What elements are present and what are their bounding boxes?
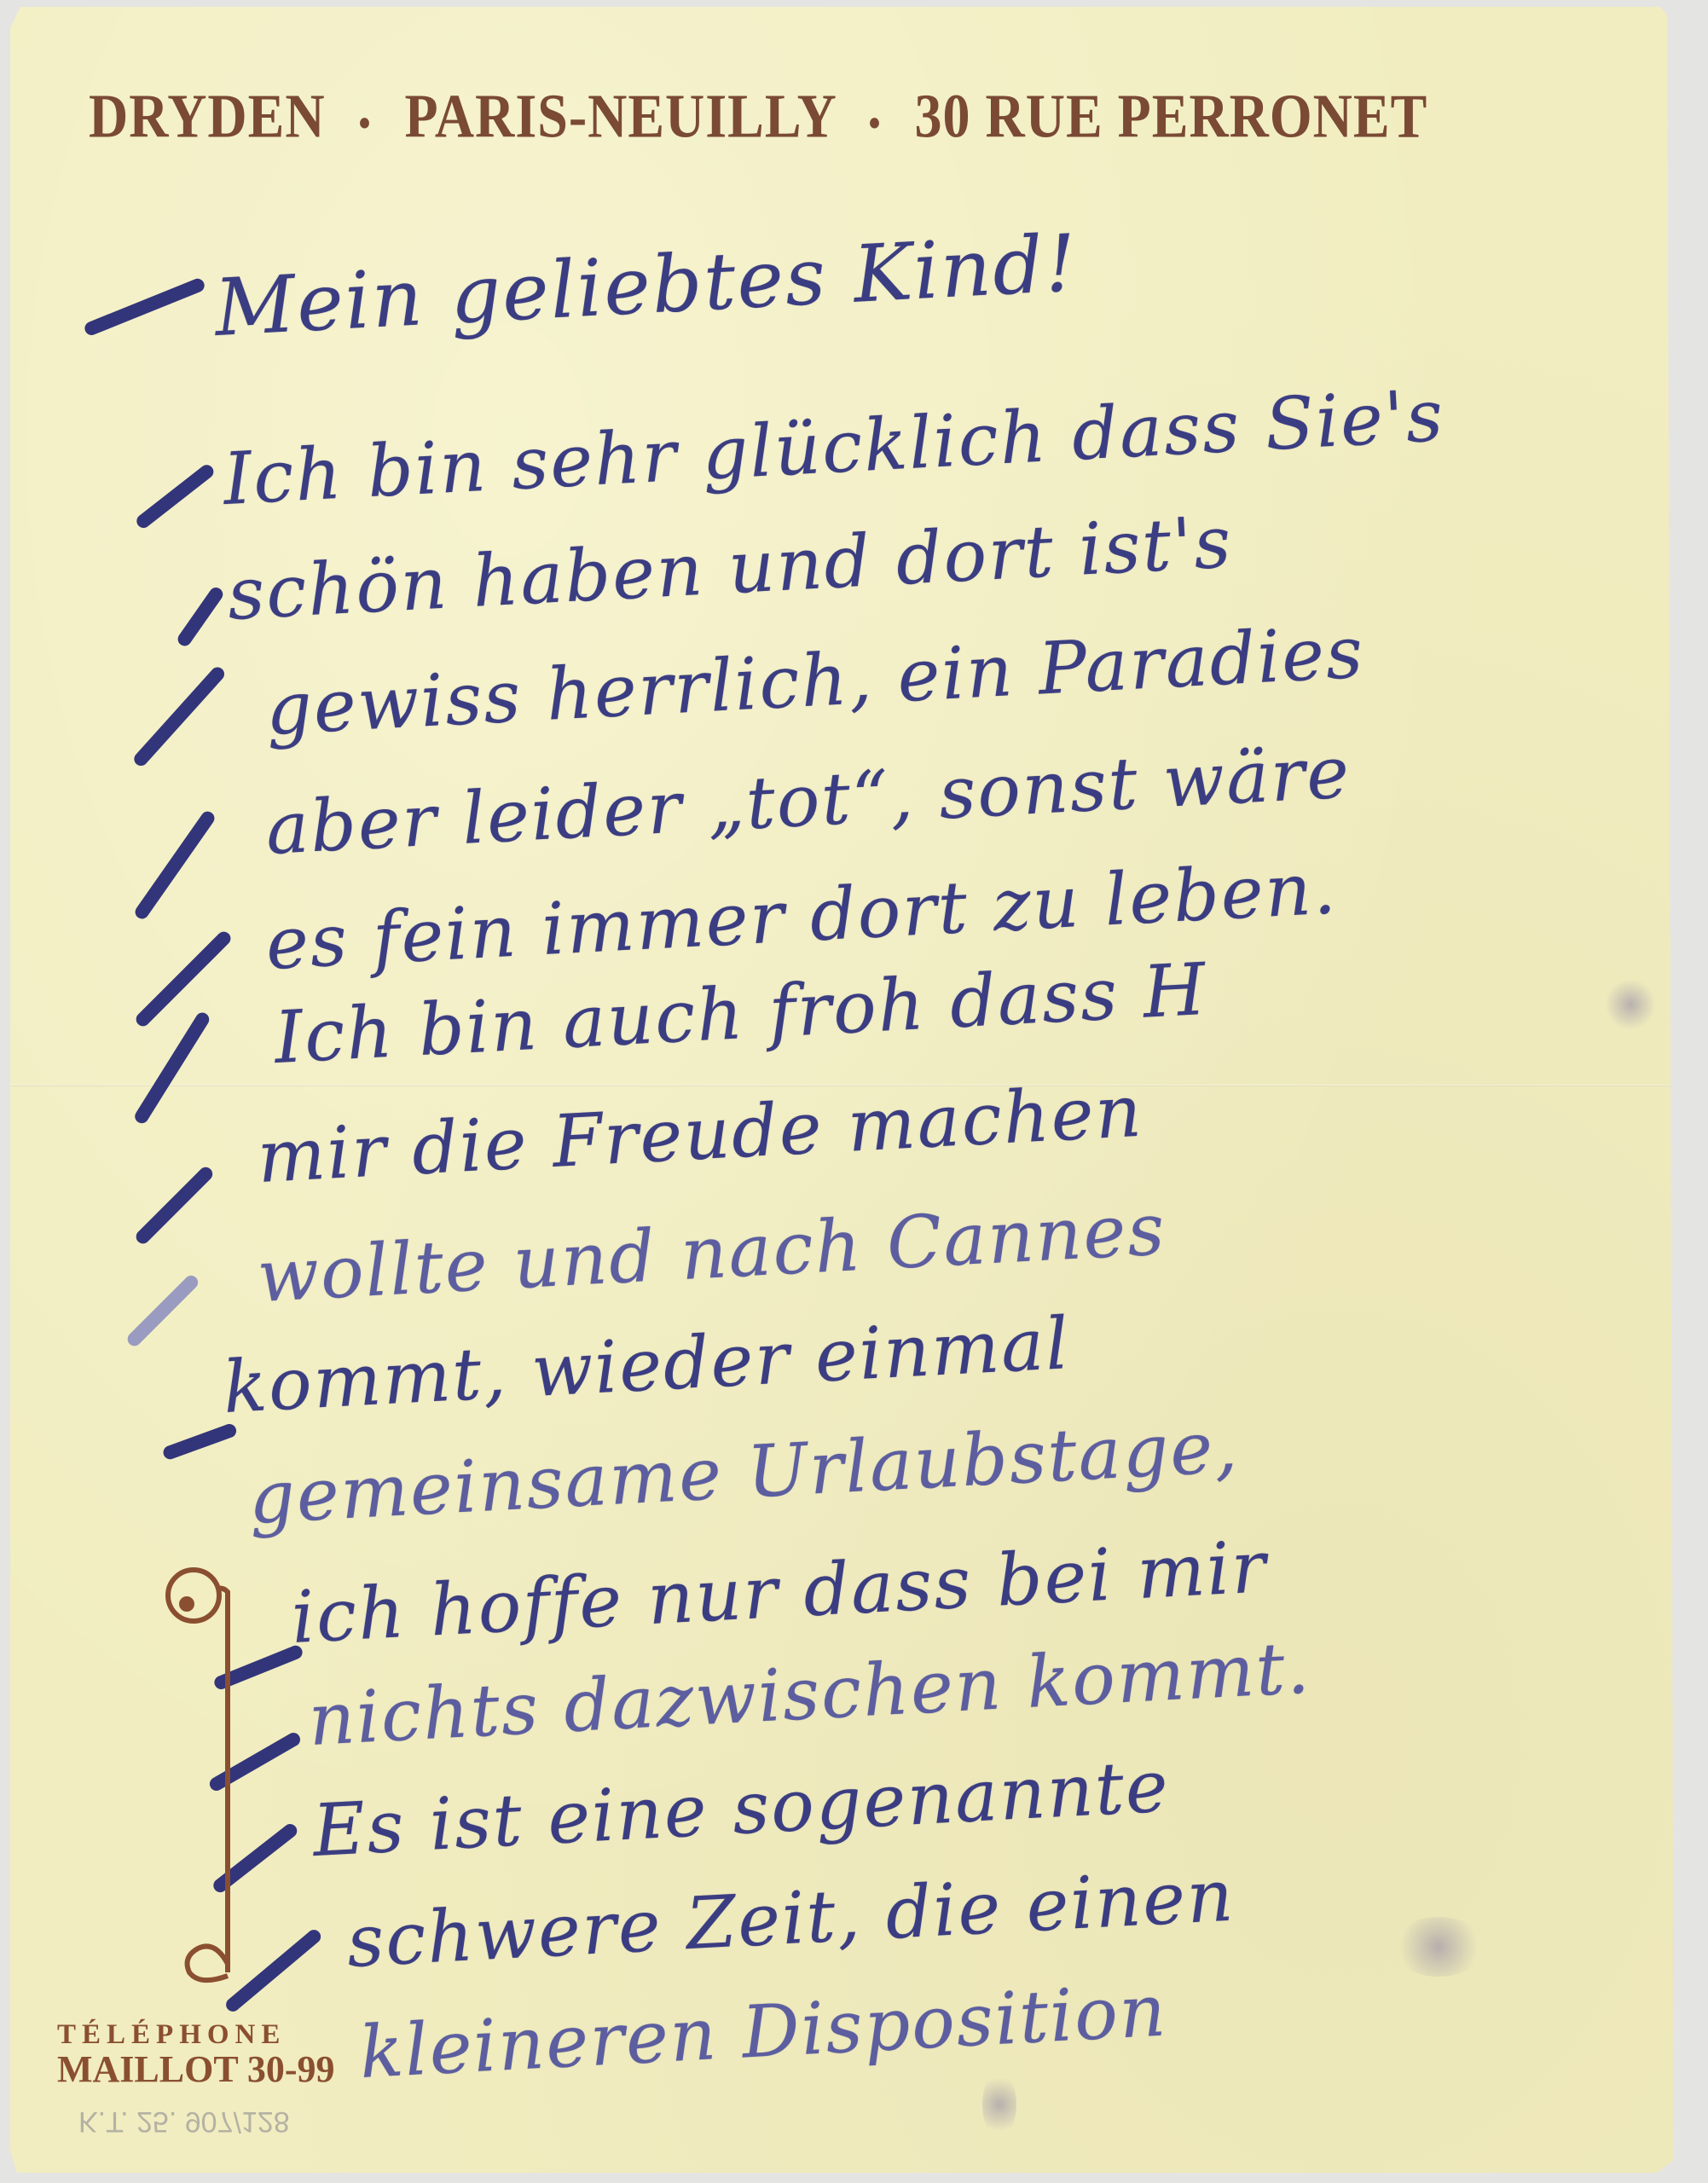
letter-line-10: gemeinsame Urlaubstage, (246, 1404, 1240, 1540)
ink-smudge (982, 2070, 1016, 2139)
letterhead: DRYDEN • PARIS-NEUILLY • 30 RUE PERRONET (89, 80, 1615, 153)
pen-flourish (83, 276, 206, 337)
telephone-label: TÉLÉPHONE (57, 2021, 335, 2049)
letter-line-2: schön haben und dort ist's (225, 500, 1234, 636)
letterhead-separator: • (359, 100, 372, 146)
letter-line-13: Es ist eine sogenannte (310, 1744, 1171, 1872)
salutation: Mein geliebtes Kind! (212, 217, 1080, 354)
letter-line-9: kommt, wieder einmal (221, 1301, 1072, 1429)
letterhead-city: PARIS-NEUILLY (405, 81, 836, 151)
ink-smudge (1392, 1917, 1485, 1977)
letter-line-4: aber leider „tot“, sonst wäre (263, 730, 1352, 871)
pen-flourish (124, 1273, 200, 1349)
letter-line-15: kleineren Disposition (357, 1968, 1169, 2093)
pen-flourish (175, 585, 225, 649)
telephone-info: TÉLÉPHONE MAILLOT 30-99 (57, 2021, 335, 2088)
telephone-number: MAILLOT 30-99 (57, 2051, 335, 2088)
pen-flourish (131, 664, 227, 768)
letter-line-3: gewiss herrlich, ein Paradies (263, 611, 1366, 751)
letterhead-address: 30 RUE PERRONET (915, 81, 1428, 151)
telephone-receiver-ornament-icon (164, 1563, 258, 1989)
pen-flourish (133, 1164, 215, 1246)
letterhead-name: DRYDEN (89, 81, 326, 151)
pen-flourish (132, 1010, 211, 1126)
ink-smudge (1605, 979, 1656, 1030)
letter-line-8: wollte und nach Cannes (255, 1187, 1167, 1318)
letter-line-1: Ich bin sehr glücklich dass Sie's (221, 373, 1446, 521)
letter-sheet: DRYDEN • PARIS-NEUILLY • 30 RUE PERRONET… (10, 7, 1674, 2173)
archive-pencil-mark: K.T. 25. 907/128 (78, 2105, 290, 2138)
letter-line-14: schwere Zeit, die einen (344, 1854, 1236, 1983)
pen-flourish (132, 809, 217, 922)
letter-line-7: mir die Freude machen (255, 1069, 1144, 1199)
pen-flourish (134, 462, 217, 530)
letterhead-separator: • (869, 100, 882, 146)
pen-flourish (133, 929, 233, 1028)
